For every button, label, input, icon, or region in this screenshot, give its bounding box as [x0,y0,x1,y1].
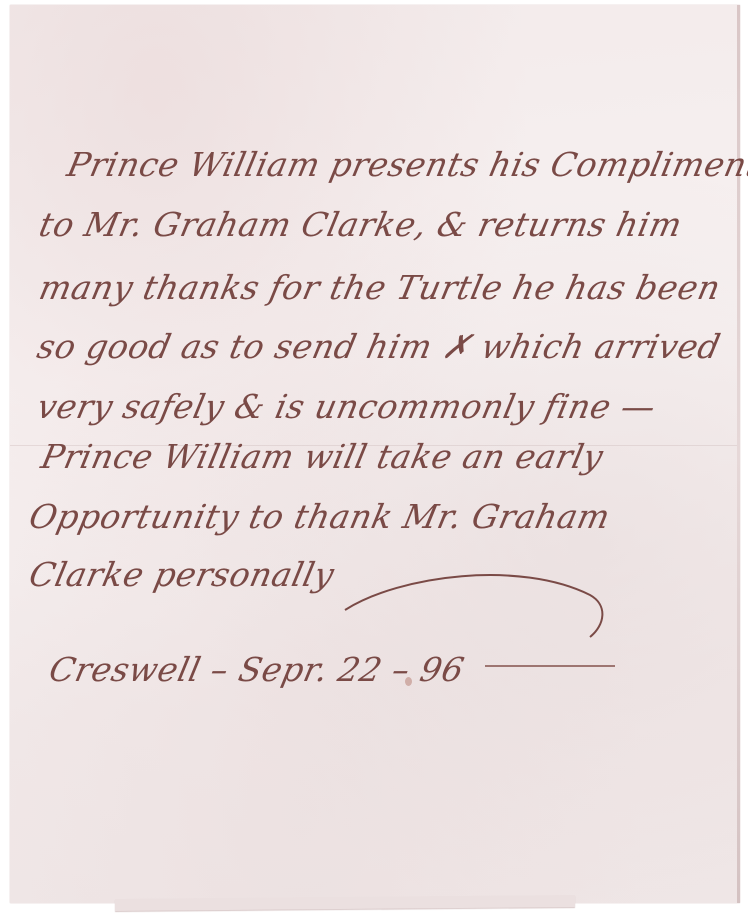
letter-line: many thanks for the Turtle he has been [36,268,724,307]
letter-line: so good as to send him ✗ which arrived [34,327,724,366]
letter-line: very safely & is uncommonly fine — [34,387,660,426]
dateline-flourish [485,665,615,667]
letter-line: Opportunity to thank Mr. Graham [26,497,614,536]
letter-line: Prince William presents his Compliments [64,145,748,184]
letter-line: Clarke personally [26,555,338,594]
letter-line: to Mr. Graham Clarke, & returns him [36,205,686,244]
letter-body: Prince William presents his Compliments … [10,5,740,903]
signature-flourish [340,565,620,645]
ink-spot [405,677,412,686]
letter-page: Prince William presents his Compliments … [10,5,740,903]
letter-line: Prince William will take an early [38,437,607,476]
